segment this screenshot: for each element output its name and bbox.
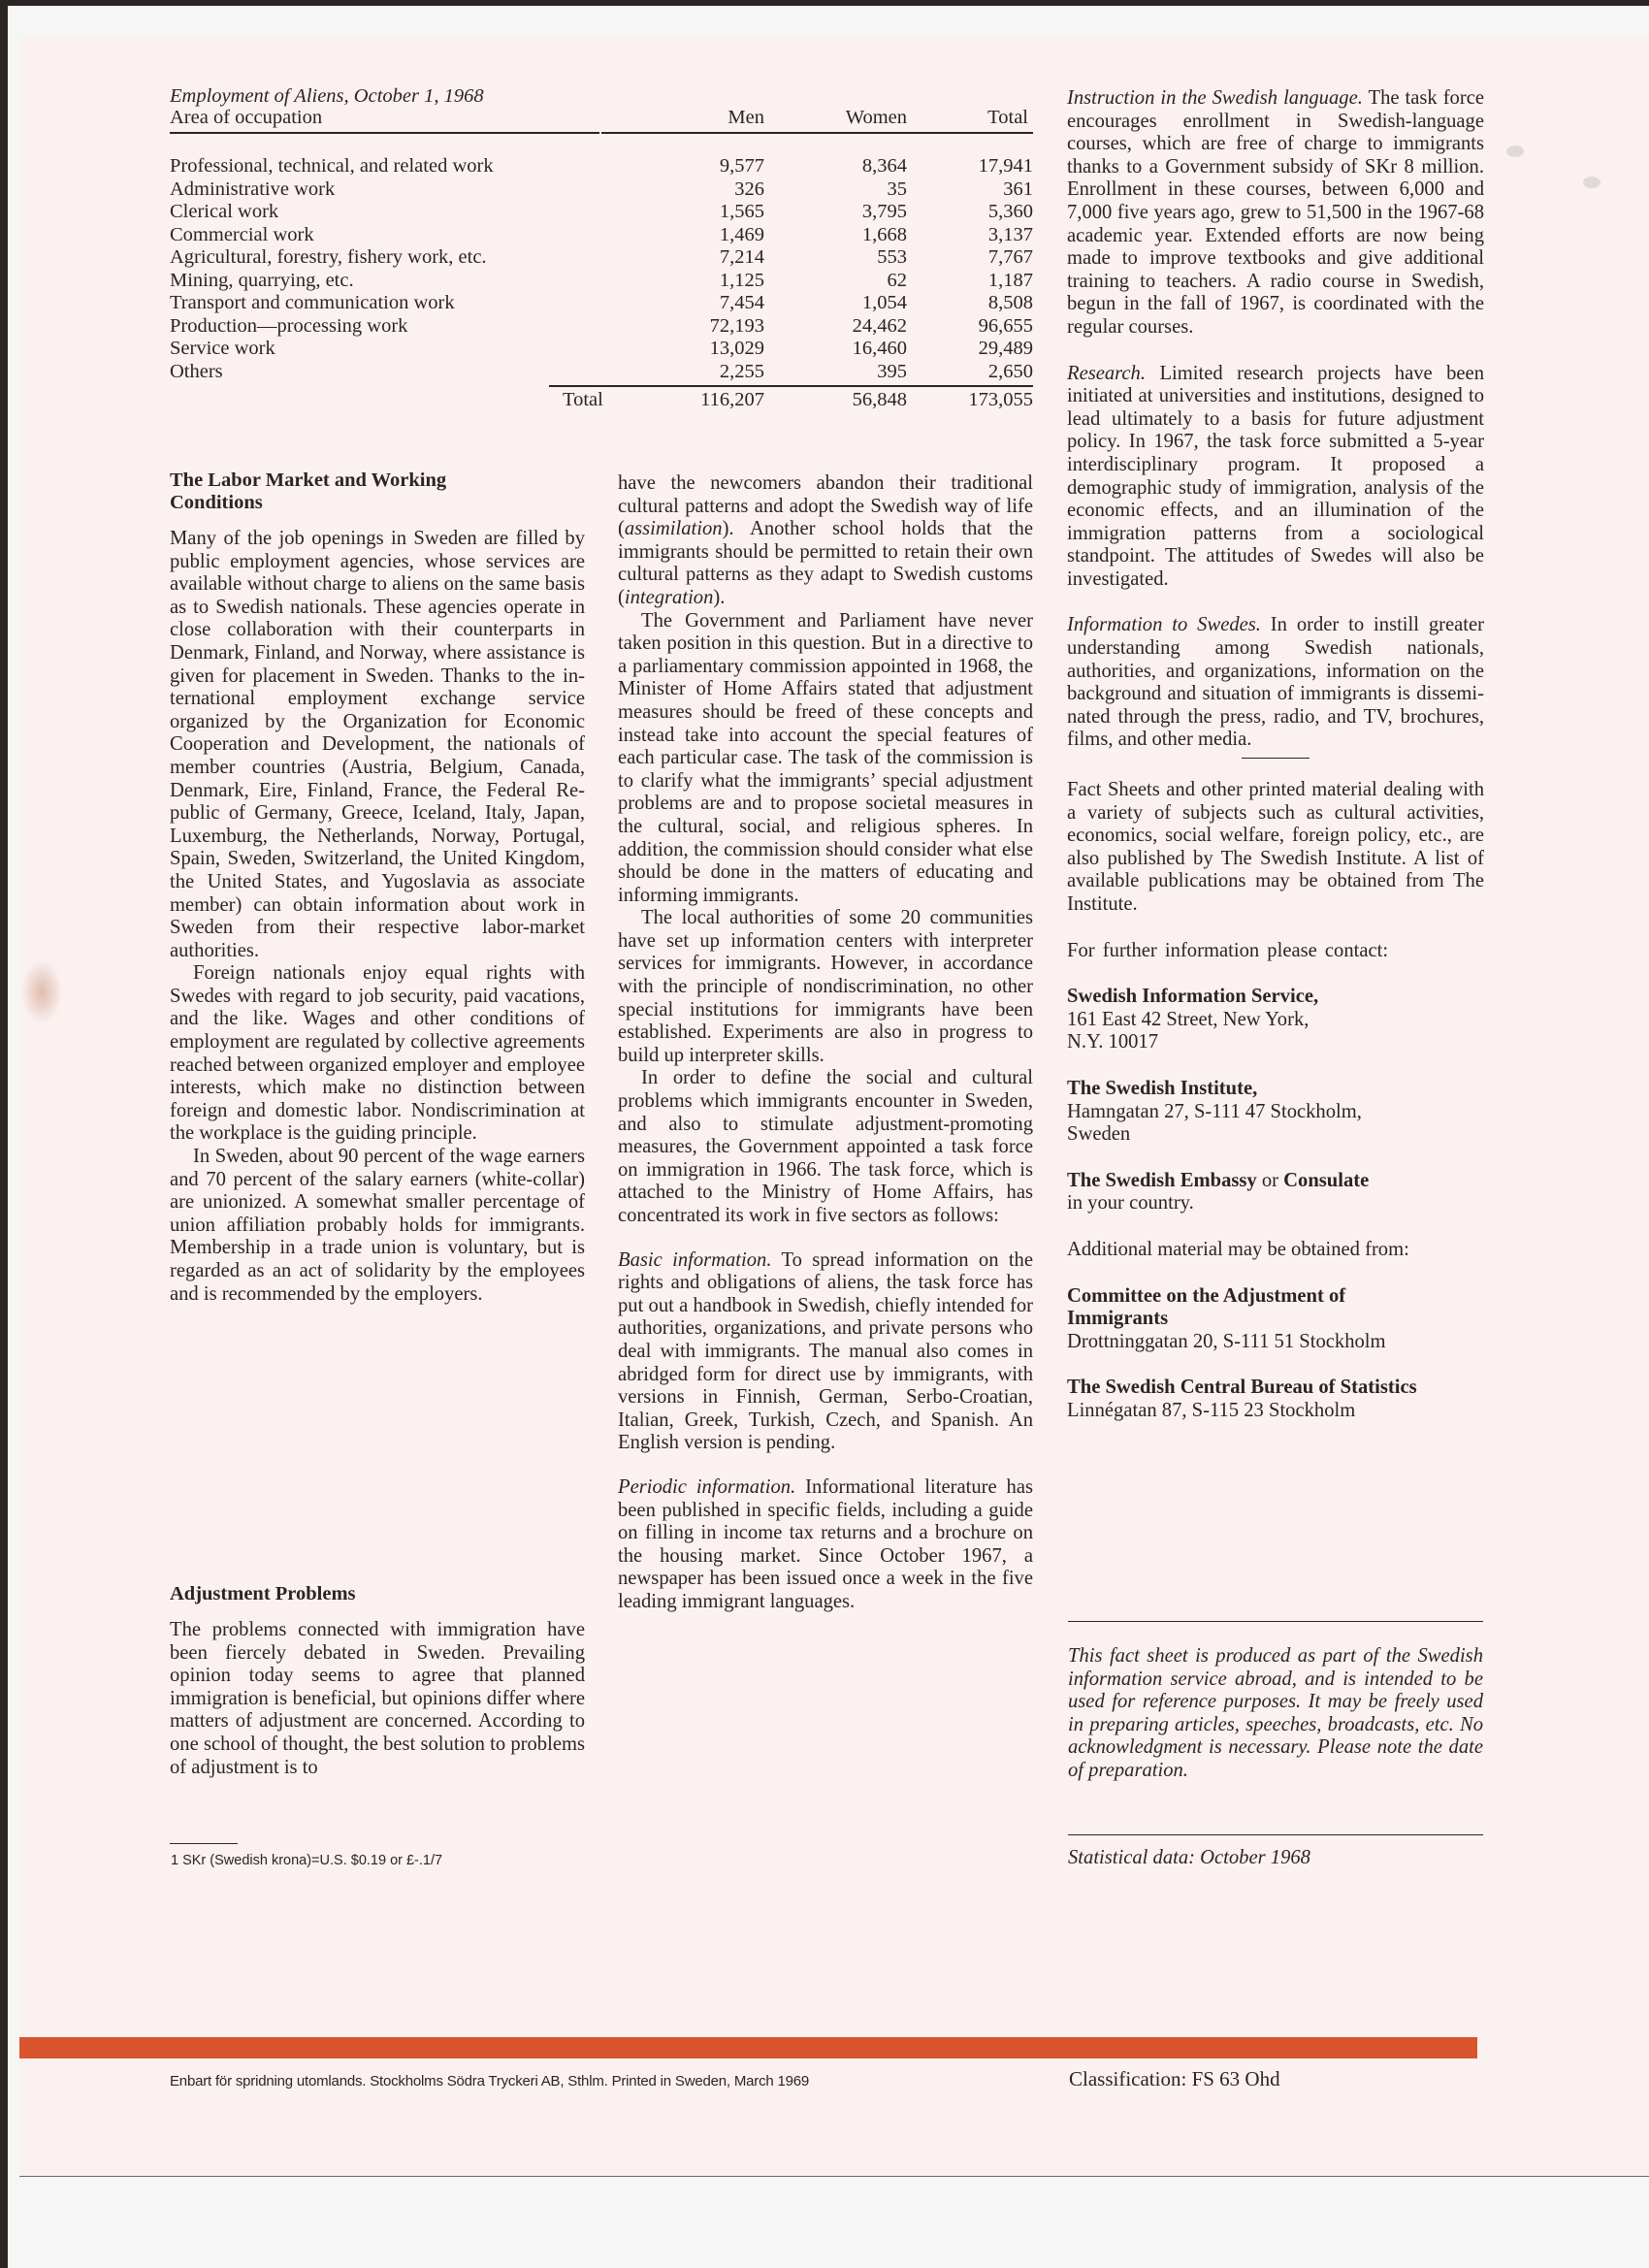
total-label: Total <box>563 389 603 412</box>
cell-area: Administrative work <box>170 178 335 202</box>
run-in-label: Instruction in the Swedish language. <box>1067 87 1363 109</box>
disclaimer-rule-top <box>1068 1621 1483 1622</box>
cell-men: 7,454 <box>674 292 764 315</box>
cell-women: 8,364 <box>810 155 907 178</box>
paper-spot <box>1583 177 1600 188</box>
disclaimer-rule-bottom <box>1068 1834 1483 1835</box>
table-row: Mining, quarrying, etc.1,125621,187 <box>170 270 1033 293</box>
cell-area: Agricultural, forestry, fishery work, et… <box>170 246 487 270</box>
contact-line: Hamngatan 27, S-111 47 Stockholm, <box>1067 1101 1484 1124</box>
middle-column: have the newcomers abandon their tra­dit… <box>618 472 1033 1614</box>
footnote-rule <box>170 1843 238 1844</box>
statistical-date: Statistical data: October 1968 <box>1068 1847 1310 1870</box>
table-row: Transport and communication work7,4541,0… <box>170 292 1033 315</box>
contact-name: The Swedish Institute, <box>1067 1078 1484 1101</box>
paragraph-fact-sheets: Fact Sheets and other printed material d… <box>1067 779 1484 917</box>
paragraph: Many of the job openings in Sweden are f… <box>170 528 585 962</box>
table-row: Others2,2553952,650 <box>170 361 1033 384</box>
cell-area: Others <box>170 361 223 384</box>
printer-imprint: Enbart för spridning utomlands. Stockhol… <box>170 2073 809 2090</box>
cell-total: 5,360 <box>936 201 1033 224</box>
cell-men: 13,029 <box>674 338 764 361</box>
text-run: The task force encourages enrollment in … <box>1067 87 1484 338</box>
cell-total: 29,489 <box>936 338 1033 361</box>
cell-area: Mining, quarrying, etc. <box>170 270 354 293</box>
table-row: Professional, technical, and related wor… <box>170 155 1033 178</box>
cell-women: 3,795 <box>810 201 907 224</box>
cell-men: 7,214 <box>674 246 764 270</box>
cell-men: 2,255 <box>674 361 764 384</box>
disclaimer: This fact sheet is produced as part of t… <box>1068 1645 1483 1783</box>
text-run: ). <box>713 587 725 608</box>
cell-area: Professional, technical, and related wor… <box>170 155 494 178</box>
cell-women: 16,460 <box>810 338 907 361</box>
cell-women: 1,668 <box>810 224 907 247</box>
cell-total: 8,508 <box>936 292 1033 315</box>
footnote: 1 SKr (Swedish krona)=U.S. $0.19 or £-.1… <box>171 1853 442 1868</box>
contact-line: Sweden <box>1067 1123 1484 1147</box>
paper-stain <box>21 960 62 1023</box>
embassy-line: The Swedish Embassy or Consulate <box>1067 1170 1484 1193</box>
header-total: Total <box>955 107 1028 129</box>
table-title: Employment of Aliens, October 1, 1968 <box>170 85 1033 107</box>
short-rule <box>1242 758 1309 759</box>
paragraph: Foreign nationals enjoy equal rights wit… <box>170 962 585 1146</box>
run-in-label: Periodic information. <box>618 1476 795 1498</box>
cell-total: 361 <box>936 178 1033 202</box>
paragraph: The local authorities of some 20 com­mun… <box>618 907 1033 1067</box>
address-name: Committee on the Adjustment of Immigrant… <box>1067 1285 1416 1331</box>
table-row: Service work13,02916,46029,489 <box>170 338 1033 361</box>
cell-total: 17,941 <box>936 155 1033 178</box>
scan-edge-left <box>0 0 8 2268</box>
total-rule <box>549 385 1033 387</box>
address-name: The Swedish Central Bureau of Statistics <box>1067 1377 1484 1400</box>
short-rule-wrap <box>1067 752 1484 763</box>
cell-men: 1,125 <box>674 270 764 293</box>
right-column: Instruction in the Swedish language. The… <box>1067 87 1484 1423</box>
run-in-label: Basic information. <box>618 1249 772 1271</box>
table-body: Professional, technical, and related wor… <box>170 155 1033 383</box>
paragraph-information-to-swedes: Information to Swedes. In order to in­st… <box>1067 614 1484 752</box>
cell-women: 62 <box>810 270 907 293</box>
paragraph: have the newcomers abandon their tra­dit… <box>618 472 1033 610</box>
cell-men: 326 <box>674 178 764 202</box>
scan-edge-top <box>0 0 1649 6</box>
employment-table: Employment of Aliens, October 1, 1968 Ar… <box>170 85 1033 412</box>
consulate-name: Consulate <box>1283 1170 1369 1191</box>
table-row: Administrative work32635361 <box>170 178 1033 202</box>
contact-line: N.Y. 10017 <box>1067 1031 1484 1054</box>
address-line: Drottninggatan 20, S-111 51 Stockholm <box>1067 1331 1484 1354</box>
text-run: or <box>1257 1170 1283 1191</box>
header-rule-wrap <box>170 130 1033 155</box>
embassy-block: The Swedish Embassy or Consulate in your… <box>1067 1170 1484 1215</box>
footer-accent-bar <box>19 2037 1477 2058</box>
cell-area: Transport and communication work <box>170 292 455 315</box>
table-row: Agricultural, forestry, fishery work, et… <box>170 246 1033 270</box>
cell-women: 553 <box>810 246 907 270</box>
contact-block: The Swedish Institute, Hamngatan 27, S-1… <box>1067 1078 1484 1147</box>
table-row: Clerical work1,5653,7955,360 <box>170 201 1033 224</box>
run-in-label: Research. <box>1067 363 1146 384</box>
header-women: Women <box>820 107 907 129</box>
contact-line: 161 East 42 Street, New York, <box>1067 1009 1484 1032</box>
cell-men: 9,577 <box>674 155 764 178</box>
embassy-name: The Swedish Embassy <box>1067 1170 1257 1191</box>
cell-area: Service work <box>170 338 275 361</box>
address-line: Linnégatan 87, S-115 23 Stockholm <box>1067 1400 1484 1423</box>
left-column: The Labor Market and Working Conditions … <box>170 470 585 1306</box>
address-block: The Swedish Central Bureau of Statistics… <box>1067 1377 1484 1422</box>
cell-total: 96,655 <box>936 315 1033 339</box>
cell-men: 1,565 <box>674 201 764 224</box>
paragraph-research: Research. Limited research projects have… <box>1067 363 1484 592</box>
term-integration: integration <box>625 587 714 608</box>
cell-area: Commercial work <box>170 224 314 247</box>
header-rule <box>170 132 599 134</box>
cell-total: 7,767 <box>936 246 1033 270</box>
table-row: Commercial work1,4691,6683,137 <box>170 224 1033 247</box>
header-area: Area of occupation <box>170 107 322 129</box>
additional-intro: Additional material may be obtained from… <box>1067 1239 1455 1262</box>
paragraph: In Sweden, about 90 percent of the wage … <box>170 1146 585 1306</box>
total-men: 116,207 <box>655 389 764 412</box>
term-assimilation: assimilation <box>625 518 723 539</box>
text-run: Limited research projects have been init… <box>1067 363 1484 590</box>
cell-women: 24,462 <box>810 315 907 339</box>
total-women: 56,848 <box>810 389 907 412</box>
address-block: Committee on the Adjustment of Immigrant… <box>1067 1285 1484 1354</box>
cell-women: 1,054 <box>810 292 907 315</box>
cell-men: 72,193 <box>674 315 764 339</box>
table-row: Production—processing work72,19324,46296… <box>170 315 1033 339</box>
paragraph: The problems connected with immigra­tion… <box>170 1619 585 1779</box>
embassy-sub: in your country. <box>1067 1192 1484 1215</box>
table-header-row: Area of occupation Men Women Total <box>170 107 1033 130</box>
cell-women: 35 <box>810 178 907 202</box>
cell-total: 1,187 <box>936 270 1033 293</box>
left-column-lower: Adjustment Problems The problems connect… <box>170 1583 585 1779</box>
classification: Classification: FS 63 Ohd <box>1069 2067 1280 2091</box>
run-in-label: Information to Swedes. <box>1067 614 1261 635</box>
table-total-row: Total 116,207 56,848 173,055 <box>170 389 1033 412</box>
total-total: 173,055 <box>936 389 1033 412</box>
cell-total: 3,137 <box>936 224 1033 247</box>
cell-women: 395 <box>810 361 907 384</box>
paragraph-basic-information: Basic information. To spread informa­tio… <box>618 1249 1033 1455</box>
cell-men: 1,469 <box>674 224 764 247</box>
paragraph: The Government and Parliament have never… <box>618 610 1033 908</box>
cell-area: Clerical work <box>170 201 278 224</box>
text-run: To spread informa­tion on the rights and… <box>618 1249 1033 1454</box>
header-rule <box>601 132 1033 134</box>
paper-spot <box>1506 146 1524 157</box>
paragraph-periodic-information: Periodic information. Informational lit­… <box>618 1476 1033 1614</box>
contact-name: Swedish Information Service, <box>1067 986 1484 1009</box>
header-men: Men <box>706 107 764 129</box>
section-heading-adjustment: Adjustment Problems <box>170 1583 585 1605</box>
section-heading-labor-market: The Labor Market and Working Conditions <box>170 470 461 514</box>
cell-total: 2,650 <box>936 361 1033 384</box>
paragraph: In order to define the social and cul­tu… <box>618 1067 1033 1227</box>
paragraph-instruction: Instruction in the Swedish language. The… <box>1067 87 1484 340</box>
cell-area: Production—processing work <box>170 315 407 339</box>
contact-intro: For further information please contact: <box>1067 940 1484 963</box>
contact-block: Swedish Information Service, 161 East 42… <box>1067 986 1484 1054</box>
